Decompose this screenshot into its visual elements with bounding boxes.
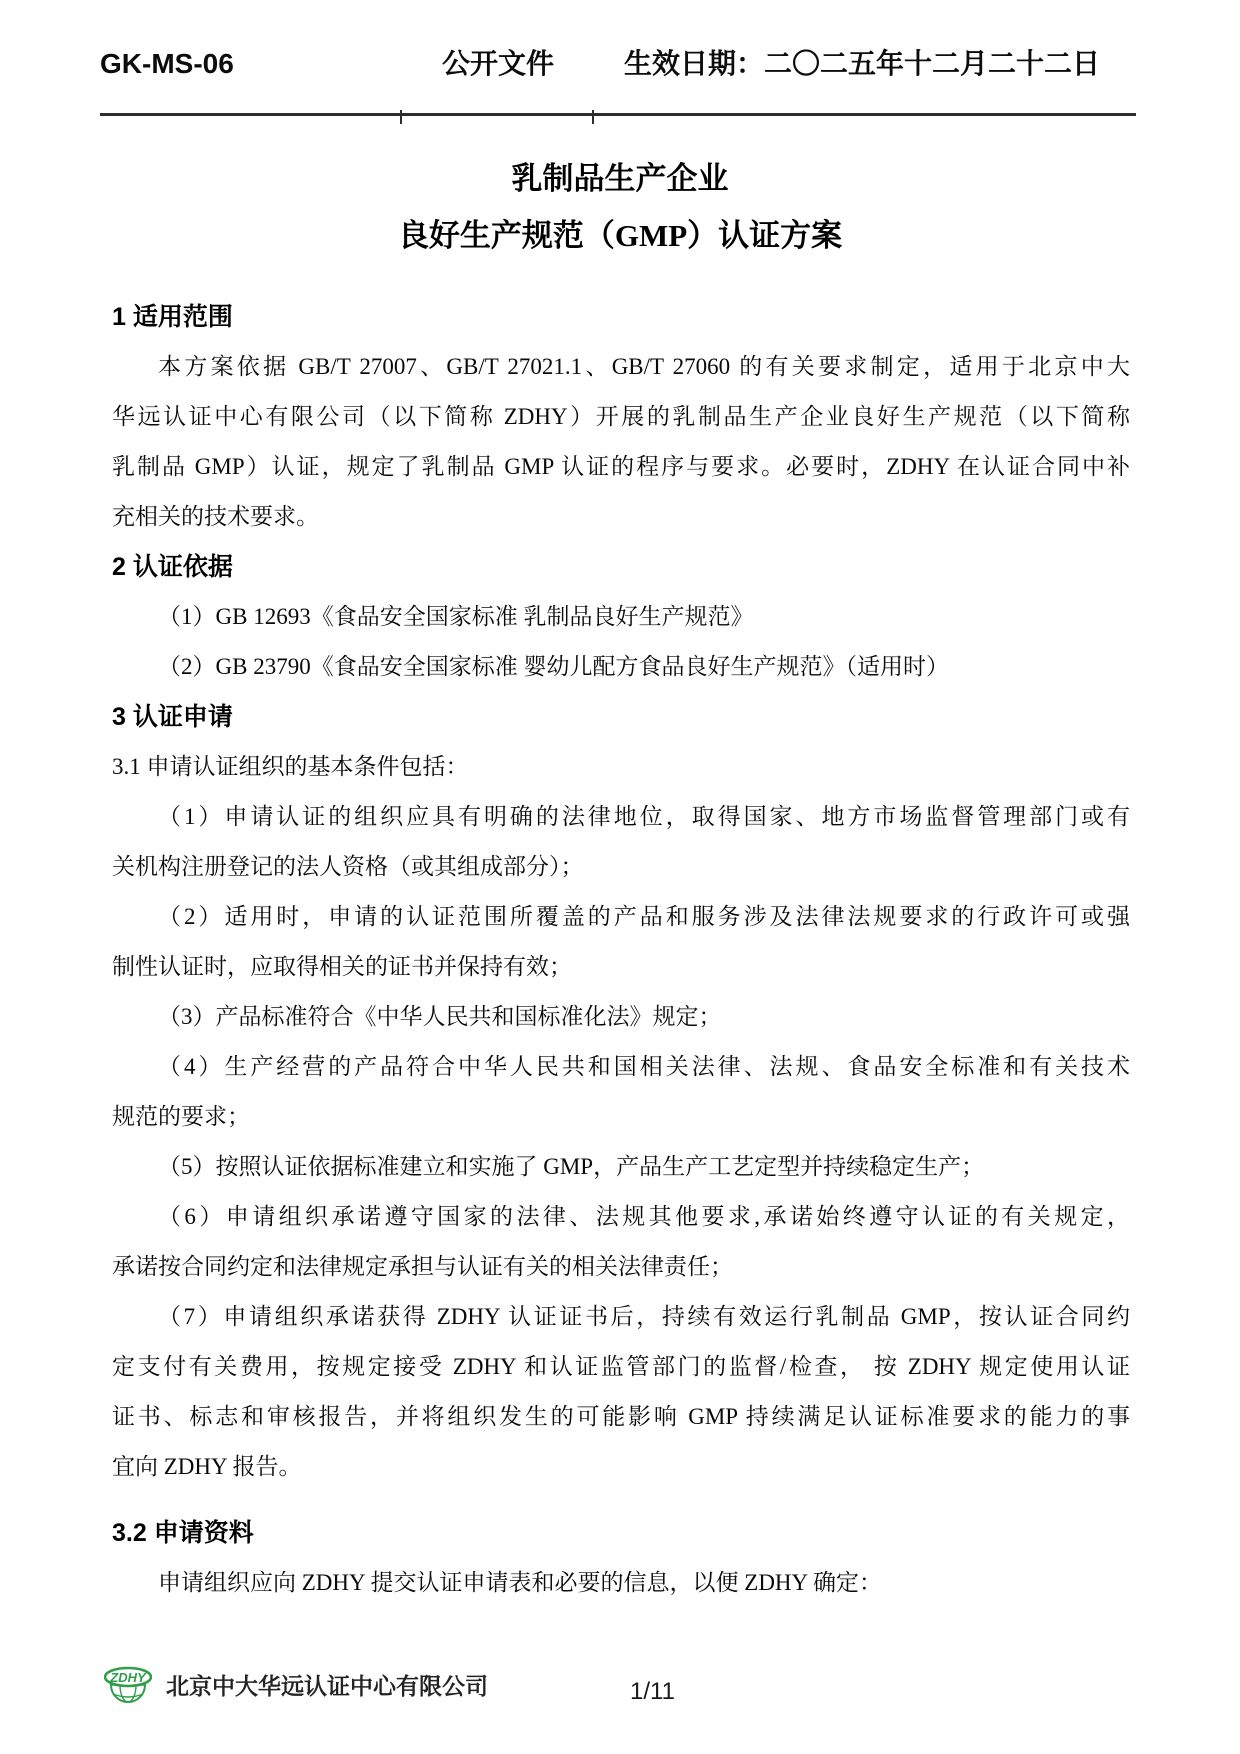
paragraph-line: （1）申请认证的组织应具有明确的法律地位，取得国家、地方市场监督管理部门或有 bbox=[112, 792, 1130, 842]
page-header: GK-MS-06 公开文件 生效日期：二〇二五年十二月二十二日 bbox=[100, 46, 1136, 116]
content: 1 适用范围本方案依据 GB/T 27007、GB/T 27021.1、GB/T… bbox=[112, 292, 1130, 1608]
effective-date: 生效日期：二〇二五年十二月二十二日 bbox=[596, 46, 1136, 82]
doc-classification: 公开文件 bbox=[400, 46, 596, 82]
company-name: 北京中大华远认证中心有限公司 bbox=[166, 1668, 488, 1701]
paragraph-line: （1）GB 12693《食品安全国家标准 乳制品良好生产规范》 bbox=[112, 592, 1130, 642]
paragraph-line: 证书、标志和审核报告，并将组织发生的可能影响 GMP 持续满足认证标准要求的能力… bbox=[112, 1392, 1130, 1442]
paragraph-line: （2）适用时，申请的认证范围所覆盖的产品和服务涉及法律法规要求的行政许可或强 bbox=[112, 892, 1130, 942]
paragraph-line: 申请组织应向 ZDHY 提交认证申请表和必要的信息，以便 ZDHY 确定： bbox=[112, 1558, 1130, 1608]
doc-code: GK-MS-06 bbox=[100, 46, 400, 82]
section-heading: 3 认证申请 bbox=[112, 692, 1130, 742]
paragraph-line: （7）申请组织承诺获得 ZDHY 认证证书后，持续有效运行乳制品 GMP，按认证… bbox=[112, 1292, 1130, 1342]
paragraph-line: 规范的要求； bbox=[112, 1092, 1130, 1142]
title-line-1: 乳制品生产企业 bbox=[0, 150, 1240, 207]
paragraph-line: 华远认证中心有限公司（以下简称 ZDHY）开展的乳制品生产企业良好生产规范（以下… bbox=[112, 392, 1130, 442]
page-number: 1/11 bbox=[630, 1678, 675, 1706]
paragraph-line: （3）产品标准符合《中华人民共和国标准化法》规定； bbox=[112, 992, 1130, 1042]
title-line-2: 良好生产规范（GMP）认证方案 bbox=[0, 207, 1240, 264]
paragraph-line: 乳制品 GMP）认证，规定了乳制品 GMP 认证的程序与要求。必要时，ZDHY … bbox=[112, 442, 1130, 492]
paragraph-line: 承诺按合同约定和法律规定承担与认证有关的相关法律责任； bbox=[112, 1242, 1130, 1292]
page-footer: ZDHY 北京中大华远认证中心有限公司 bbox=[104, 1664, 488, 1704]
document-page: GK-MS-06 公开文件 生效日期：二〇二五年十二月二十二日 乳制品生产企业 … bbox=[0, 0, 1240, 1754]
header-rule-tick bbox=[400, 110, 402, 124]
header-rule-tick bbox=[592, 110, 594, 124]
section-heading: 3.2 申请资料 bbox=[112, 1508, 1130, 1558]
paragraph-line: 本方案依据 GB/T 27007、GB/T 27021.1、GB/T 27060… bbox=[112, 342, 1130, 392]
zdhy-logo-icon: ZDHY bbox=[104, 1664, 152, 1704]
paragraph-line: 制性认证时，应取得相关的证书并保持有效； bbox=[112, 942, 1130, 992]
document-title: 乳制品生产企业 良好生产规范（GMP）认证方案 bbox=[0, 150, 1240, 264]
logo-text: ZDHY bbox=[109, 1670, 147, 1685]
paragraph-line: 3.1 申请认证组织的基本条件包括： bbox=[112, 742, 1130, 792]
paragraph-line: （2）GB 23790《食品安全国家标准 婴幼儿配方食品良好生产规范》（适用时） bbox=[112, 642, 1130, 692]
paragraph-line: （5）按照认证依据标准建立和实施了 GMP，产品生产工艺定型并持续稳定生产； bbox=[112, 1142, 1130, 1192]
paragraph-line: 关机构注册登记的法人资格（或其组成部分）； bbox=[112, 842, 1130, 892]
paragraph-line: （4）生产经营的产品符合中华人民共和国相关法律、法规、食品安全标准和有关技术 bbox=[112, 1042, 1130, 1092]
paragraph-line: 宜向 ZDHY 报告。 bbox=[112, 1442, 1130, 1492]
section-heading: 2 认证依据 bbox=[112, 542, 1130, 592]
paragraph-line: 充相关的技术要求。 bbox=[112, 492, 1130, 542]
section-heading: 1 适用范围 bbox=[112, 292, 1130, 342]
paragraph-line: （6）申请组织承诺遵守国家的法律、法规其他要求,承诺始终遵守认证的有关规定， bbox=[112, 1192, 1130, 1242]
paragraph-line: 定支付有关费用，按规定接受 ZDHY 和认证监管部门的监督/检查， 按 ZDHY… bbox=[112, 1342, 1130, 1392]
